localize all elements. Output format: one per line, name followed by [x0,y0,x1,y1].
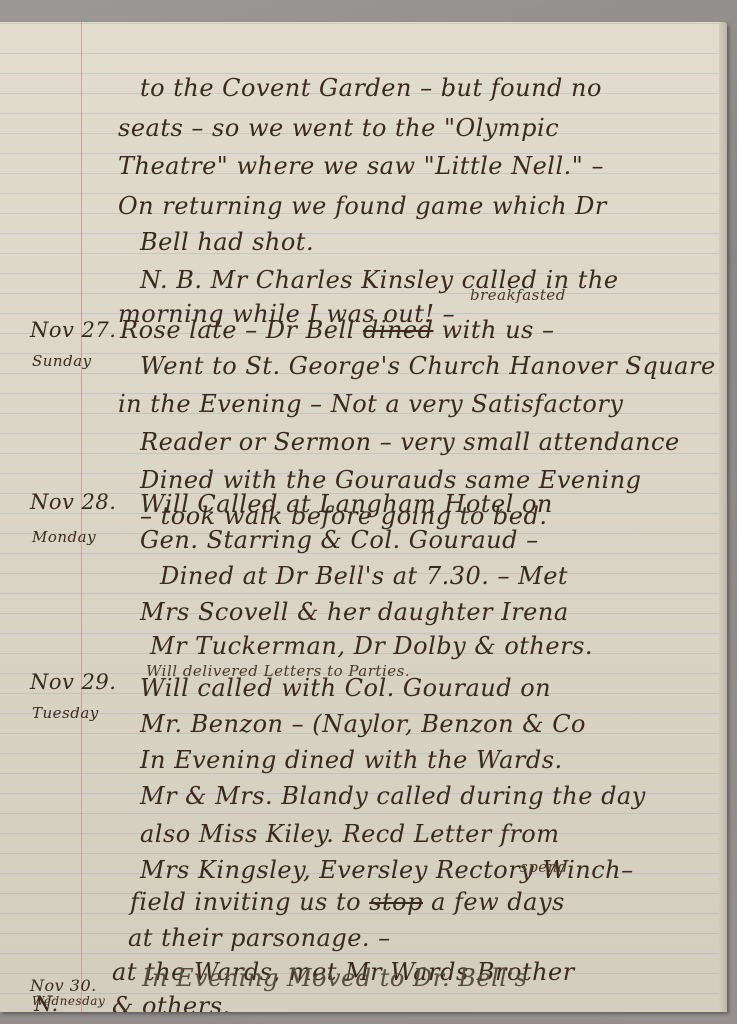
entry-date: Nov 27. [30,318,116,342]
text-line: Dined at Dr Bell's at 7.30. – Met [160,562,568,590]
text-line: Will Called at Langham Hotel on [140,490,553,518]
text-segment: with us – [433,316,554,344]
text-segment: a few days [423,888,565,916]
entry-weekday: Wednesday [32,994,105,1008]
text-line: Mr. Benzon – (Naylor, Benzon & Co [140,710,586,738]
cloth-fold [33,0,167,24]
entry-date: Nov 29. [30,670,116,694]
entry-weekday: Sunday [32,352,92,370]
text-segment: Rose late – Dr Bell [120,316,363,344]
text-line: Mr Tuckerman, Dr Dolby & others. [150,632,593,660]
entry-weekday: Tuesday [32,704,99,722]
text-line: Gen. Starring & Col. Gouraud – [140,526,539,554]
text-line: Rose late – Dr Bell dined with us – [120,316,554,344]
text-line: also Miss Kiley. Recd Letter from [140,820,560,848]
text-line: seats – so we went to the "Olympic [118,114,559,142]
text-line: Will called with Col. Gouraud on [140,674,551,702]
page-edge [719,22,727,1012]
text-line: In Evening dined with the Wards. [140,746,563,774]
struck-word: dined [363,316,434,344]
entry-weekday: Monday [32,528,96,546]
text-line: In Evening Moved to Dr. Bell's [142,964,527,992]
text-line: Bell had shot. [140,228,314,256]
text-line: & others. [112,992,231,1012]
text-line: in the Evening – Not a very Satisfactory [118,390,623,418]
struck-word: stop [369,888,423,916]
interlinear-insertion: breakfasted [470,286,566,304]
text-line: to the Covent Garden – but found no [140,74,602,102]
text-line: Reader or Sermon – very small attendance [140,428,680,456]
text-line: Mrs Scovell & her daughter Irena [140,598,569,626]
red-margin-rule [81,22,82,1012]
diary-page: to the Covent Garden – but found no seat… [0,22,727,1012]
text-line: On returning we found game which Dr [118,192,607,220]
entry-date: Nov 30. [30,976,97,995]
text-line: at their parsonage. – [128,924,391,952]
interlinear-insertion: spend [520,858,568,876]
text-line: field inviting us to stop a few days [130,888,565,916]
text-line: Went to St. George's Church Hanover Squa… [140,352,716,380]
entry-date: Nov 28. [30,490,116,514]
text-line: Mr & Mrs. Blandy called during the day [140,782,646,810]
text-line: Theatre" where we saw "Little Nell." – [118,152,604,180]
text-segment: field inviting us to [130,888,369,916]
